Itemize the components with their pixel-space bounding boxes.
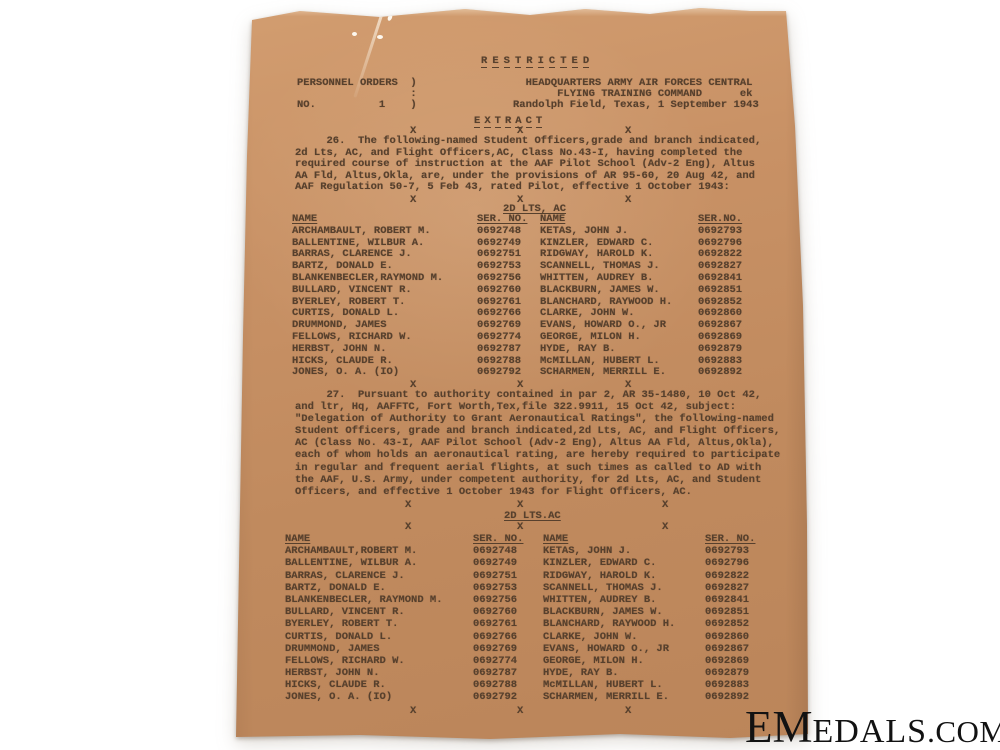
underlined-letter: T	[560, 57, 566, 68]
serial-number-cell: 0692751	[477, 248, 521, 260]
name-cell: RIDGWAY, HAROLD K.	[543, 570, 656, 582]
serial-number-cell: 0692749	[473, 557, 517, 569]
table-row: BARRAS, CLARENCE J.0692751RIDGWAY, HAROL…	[230, 570, 815, 582]
name-cell: EVANS, HOWARD O., JR	[543, 643, 669, 655]
name-cell: CURTIS, DONALD L.	[292, 307, 399, 319]
x-mark: X	[405, 499, 411, 511]
x-mark: X	[410, 194, 416, 206]
name-cell: DRUMMOND, JAMES	[285, 643, 380, 655]
serial-number-cell: 0692892	[705, 691, 749, 703]
serial-number-cell: 0692748	[473, 545, 517, 557]
table-section-2: NAME SER. NO. NAME SER. NO. ARCHAMBAULT,…	[230, 533, 815, 704]
serial-number-cell: 0692860	[705, 631, 749, 643]
name-cell: KINZLER, EDWARD C.	[543, 557, 656, 569]
document-paper: RESTRICTED PERSONNEL ORDERS ) : NO. 1 ) …	[230, 6, 815, 742]
table-row: HICKS, CLAUDE R.0692788McMILLAN, HUBERT …	[230, 355, 815, 367]
underlined-letter: E	[572, 57, 578, 68]
serial-number-cell: 0692892	[698, 366, 742, 378]
name-cell: HYDE, RAY B.	[540, 343, 616, 355]
name-cell: CLARKE, JOHN W.	[540, 307, 635, 319]
underlined-letter: E	[492, 57, 498, 68]
name-cell: BYERLEY, ROBERT T.	[285, 618, 398, 630]
x-separator: X X X	[230, 705, 815, 716]
table-row: DRUMMOND, JAMES0692769EVANS, HOWARD O., …	[230, 643, 815, 655]
serial-number-cell: 0692796	[705, 557, 749, 569]
table-row: ARCHAMBAULT,ROBERT M.0692748KETAS, JOHN …	[230, 545, 815, 557]
name-cell: BLACKBURN, JAMES W.	[540, 284, 660, 296]
table-row: DRUMMOND, JAMES0692769EVANS, HOWARD O., …	[230, 319, 815, 331]
serial-number-cell: 0692796	[698, 237, 742, 249]
serial-number-cell: 0692751	[473, 570, 517, 582]
personnel-orders-block: PERSONNEL ORDERS ) : NO. 1 )	[297, 78, 417, 111]
serial-number-cell: 0692774	[477, 331, 521, 343]
watermark-text: EDALS	[813, 713, 928, 750]
underlined-letter: T	[515, 57, 521, 68]
serial-number-cell: 0692748	[477, 225, 521, 237]
table-section-1: NAME SER. NO. NAME SER.NO. ARCHAMBAULT, …	[230, 213, 815, 378]
serial-number-cell: 0692756	[473, 594, 517, 606]
name-cell: SCHARMEN, MERRILL E.	[540, 366, 666, 378]
table-row: CURTIS, DONALD L.0692766CLARKE, JOHN W.0…	[230, 631, 815, 643]
serial-number-cell: 0692753	[473, 582, 517, 594]
table-rows: ARCHAMBAULT,ROBERT M.0692748KETAS, JOHN …	[230, 545, 815, 703]
serial-number-cell: 0692792	[473, 691, 517, 703]
serial-number-cell: 0692761	[473, 618, 517, 630]
name-cell: BULLARD, VINCENT R.	[292, 284, 412, 296]
serial-number-cell: 0692883	[698, 355, 742, 367]
name-cell: KINZLER, EDWARD C.	[540, 237, 653, 249]
serial-number-cell: 0692793	[698, 225, 742, 237]
name-cell: EVANS, HOWARD O., JR	[540, 319, 666, 331]
table-row: JONES, O. A. (IO)0692792SCHARMEN, MERRIL…	[230, 366, 815, 378]
name-cell: BARTZ, DONALD E.	[292, 260, 393, 272]
table-row: BARTZ, DONALD E.0692753SCANNELL, THOMAS …	[230, 260, 815, 272]
name-cell: BALLENTINE, WILBUR A.	[285, 557, 417, 569]
name-cell: SCANNELL, THOMAS J.	[540, 260, 660, 272]
name-cell: BYERLEY, ROBERT T.	[292, 296, 405, 308]
watermark-text: .COM	[927, 714, 1000, 749]
name-cell: BALLENTINE, WILBUR A.	[292, 237, 424, 249]
table-row: ARCHAMBAULT, ROBERT M.0692748KETAS, JOHN…	[230, 225, 815, 237]
serial-number-cell: 0692822	[705, 570, 749, 582]
paragraph-26: 26. The following-named Student Officers…	[295, 136, 761, 194]
serial-number-cell: 0692883	[705, 679, 749, 691]
serial-number-cell: 0692749	[477, 237, 521, 249]
table-row: JONES, O. A. (IO)0692792SCHARMEN, MERRIL…	[230, 691, 815, 703]
column-header: NAME	[540, 213, 565, 225]
table-row: BULLARD, VINCENT R.0692760BLACKBURN, JAM…	[230, 284, 815, 296]
table-row: BARTZ, DONALD E.0692753SCANNELL, THOMAS …	[230, 582, 815, 594]
serial-number-cell: 0692788	[477, 355, 521, 367]
serial-number-cell: 0692867	[705, 643, 749, 655]
serial-number-cell: 0692766	[477, 307, 521, 319]
table-row: FELLOWS, RICHARD W.0692774GEORGE, MILON …	[230, 331, 815, 343]
x-mark: X	[405, 521, 411, 533]
serial-number-cell: 0692852	[705, 618, 749, 630]
column-header: SER. NO.	[477, 213, 527, 225]
serial-number-cell: 0692787	[477, 343, 521, 355]
serial-number-cell: 0692760	[473, 606, 517, 618]
classification-heading: RESTRICTED	[481, 55, 594, 68]
column-header: NAME	[543, 533, 568, 545]
paper-speck	[377, 35, 383, 39]
x-mark: X	[517, 521, 523, 533]
photo-background: RESTRICTED PERSONNEL ORDERS ) : NO. 1 ) …	[0, 0, 1000, 750]
table-header-row: NAME SER. NO. NAME SER.NO.	[230, 213, 815, 225]
name-cell: HICKS, CLAUDE R.	[285, 679, 386, 691]
table-row: HERBST, JOHN N.0692787HYDE, RAY B.069287…	[230, 667, 815, 679]
table-row: BLANKENBECLER,RAYMOND M.0692756WHITTEN, …	[230, 272, 815, 284]
name-cell: BARRAS, CLARENCE J.	[292, 248, 412, 260]
table-header-row: NAME SER. NO. NAME SER. NO.	[230, 533, 815, 545]
serial-number-cell: 0692787	[473, 667, 517, 679]
serial-number-cell: 0692769	[473, 643, 517, 655]
serial-number-cell: 0692822	[698, 248, 742, 260]
name-cell: McMILLAN, HUBERT L.	[543, 679, 663, 691]
name-cell: CURTIS, DONALD L.	[285, 631, 392, 643]
serial-number-cell: 0692869	[698, 331, 742, 343]
x-mark: X	[517, 705, 523, 717]
name-cell: GEORGE, MILON H.	[540, 331, 641, 343]
table-row: BARRAS, CLARENCE J.0692751RIDGWAY, HAROL…	[230, 248, 815, 260]
table-row: HICKS, CLAUDE R.0692788McMILLAN, HUBERT …	[230, 679, 815, 691]
table-rows: ARCHAMBAULT, ROBERT M.0692748KETAS, JOHN…	[230, 225, 815, 378]
name-cell: JONES, O. A. (IO)	[285, 691, 392, 703]
table-row: BULLARD, VINCENT R.0692760BLACKBURN, JAM…	[230, 606, 815, 618]
name-cell: BLANKENBECLER, RAYMOND M.	[285, 594, 443, 606]
serial-number-cell: 0692869	[705, 655, 749, 667]
table-row: CURTIS, DONALD L.0692766CLARKE, JOHN W.0…	[230, 307, 815, 319]
table-row: BALLENTINE, WILBUR A.0692749KINZLER, EDW…	[230, 237, 815, 249]
x-separator: X X X	[230, 499, 815, 510]
emedals-watermark-logo: EMEDALS.COM	[745, 705, 1000, 750]
serial-number-cell: 0692851	[698, 284, 742, 296]
serial-number-cell: 0692827	[698, 260, 742, 272]
column-header: NAME	[285, 533, 310, 545]
serial-number-cell: 0692851	[705, 606, 749, 618]
serial-number-cell: 0692788	[473, 679, 517, 691]
column-header: NAME	[292, 213, 317, 225]
serial-number-cell: 0692766	[473, 631, 517, 643]
x-separator: X X X	[230, 521, 815, 532]
name-cell: HICKS, CLAUDE R.	[292, 355, 393, 367]
name-cell: GEORGE, MILON H.	[543, 655, 644, 667]
name-cell: ARCHAMBAULT,ROBERT M.	[285, 545, 417, 557]
serial-number-cell: 0692793	[705, 545, 749, 557]
serial-number-cell: 0692841	[705, 594, 749, 606]
paper-speck	[352, 32, 357, 36]
serial-number-cell: 0692774	[473, 655, 517, 667]
name-cell: SCANNELL, THOMAS J.	[543, 582, 663, 594]
x-mark: X	[410, 705, 416, 717]
serial-number-cell: 0692769	[477, 319, 521, 331]
serial-number-cell: 0692841	[698, 272, 742, 284]
name-cell: McMILLAN, HUBERT L.	[540, 355, 660, 367]
table-row: HERBST, JOHN N.0692787HYDE, RAY B.069287…	[230, 343, 815, 355]
underlined-letter: C	[549, 57, 555, 68]
headquarters-block: HEADQUARTERS ARMY AIR FORCES CENTRAL FLY…	[513, 78, 759, 111]
table-row: BYERLEY, ROBERT T.0692761BLANCHARD, RAYW…	[230, 618, 815, 630]
name-cell: KETAS, JOHN J.	[540, 225, 628, 237]
x-mark: X	[662, 521, 668, 533]
table-row: BALLENTINE, WILBUR A.0692749KINZLER, EDW…	[230, 557, 815, 569]
name-cell: BLANCHARD, RAYWOOD H.	[543, 618, 675, 630]
name-cell: BARTZ, DONALD E.	[285, 582, 386, 594]
underlined-letter: R	[481, 57, 487, 68]
name-cell: ARCHAMBAULT, ROBERT M.	[292, 225, 431, 237]
table-row: FELLOWS, RICHARD W.0692774GEORGE, MILON …	[230, 655, 815, 667]
serial-number-cell: 0692852	[698, 296, 742, 308]
name-cell: HERBST, JOHN N.	[292, 343, 387, 355]
column-header: SER. NO.	[705, 533, 755, 545]
x-mark: X	[625, 705, 631, 717]
underlined-letter: S	[504, 57, 510, 68]
serial-number-cell: 0692860	[698, 307, 742, 319]
name-cell: FELLOWS, RICHARD W.	[292, 331, 412, 343]
name-cell: HERBST, JOHN N.	[285, 667, 380, 679]
name-cell: BLACKBURN, JAMES W.	[543, 606, 663, 618]
name-cell: CLARKE, JOHN W.	[543, 631, 638, 643]
table-row: BYERLEY, ROBERT T.0692761BLANCHARD, RAYW…	[230, 296, 815, 308]
underlined-letter: R	[526, 57, 532, 68]
name-cell: HYDE, RAY B.	[543, 667, 619, 679]
serial-number-cell: 0692760	[477, 284, 521, 296]
name-cell: RIDGWAY, HAROLD K.	[540, 248, 653, 260]
underlined-letter: D	[583, 57, 589, 68]
column-header: SER.NO.	[698, 213, 742, 225]
name-cell: DRUMMOND, JAMES	[292, 319, 387, 331]
column-header: SER. NO.	[473, 533, 523, 545]
name-cell: BLANKENBECLER,RAYMOND M.	[292, 272, 443, 284]
serial-number-cell: 0692827	[705, 582, 749, 594]
name-cell: BULLARD, VINCENT R.	[285, 606, 405, 618]
underlined-letter: I	[538, 57, 544, 68]
x-mark: X	[625, 194, 631, 206]
serial-number-cell: 0692792	[477, 366, 521, 378]
name-cell: FELLOWS, RICHARD W.	[285, 655, 405, 667]
name-cell: KETAS, JOHN J.	[543, 545, 631, 557]
serial-number-cell: 0692761	[477, 296, 521, 308]
name-cell: SCHARMEN, MERRILL E.	[543, 691, 669, 703]
name-cell: JONES, O. A. (IO)	[292, 366, 399, 378]
serial-number-cell: 0692867	[698, 319, 742, 331]
x-mark: X	[662, 499, 668, 511]
table-row: BLANKENBECLER, RAYMOND M.0692756WHITTEN,…	[230, 594, 815, 606]
serial-number-cell: 0692879	[698, 343, 742, 355]
name-cell: WHITTEN, AUDREY B.	[540, 272, 653, 284]
watermark-text: EM	[745, 702, 813, 750]
name-cell: BLANCHARD, RAYWOOD H.	[540, 296, 672, 308]
paragraph-27: 27. Pursuant to authority contained in p…	[295, 389, 780, 498]
serial-number-cell: 0692756	[477, 272, 521, 284]
serial-number-cell: 0692879	[705, 667, 749, 679]
serial-number-cell: 0692753	[477, 260, 521, 272]
name-cell: BARRAS, CLARENCE J.	[285, 570, 405, 582]
name-cell: WHITTEN, AUDREY B.	[543, 594, 656, 606]
paper-speck	[387, 13, 394, 21]
